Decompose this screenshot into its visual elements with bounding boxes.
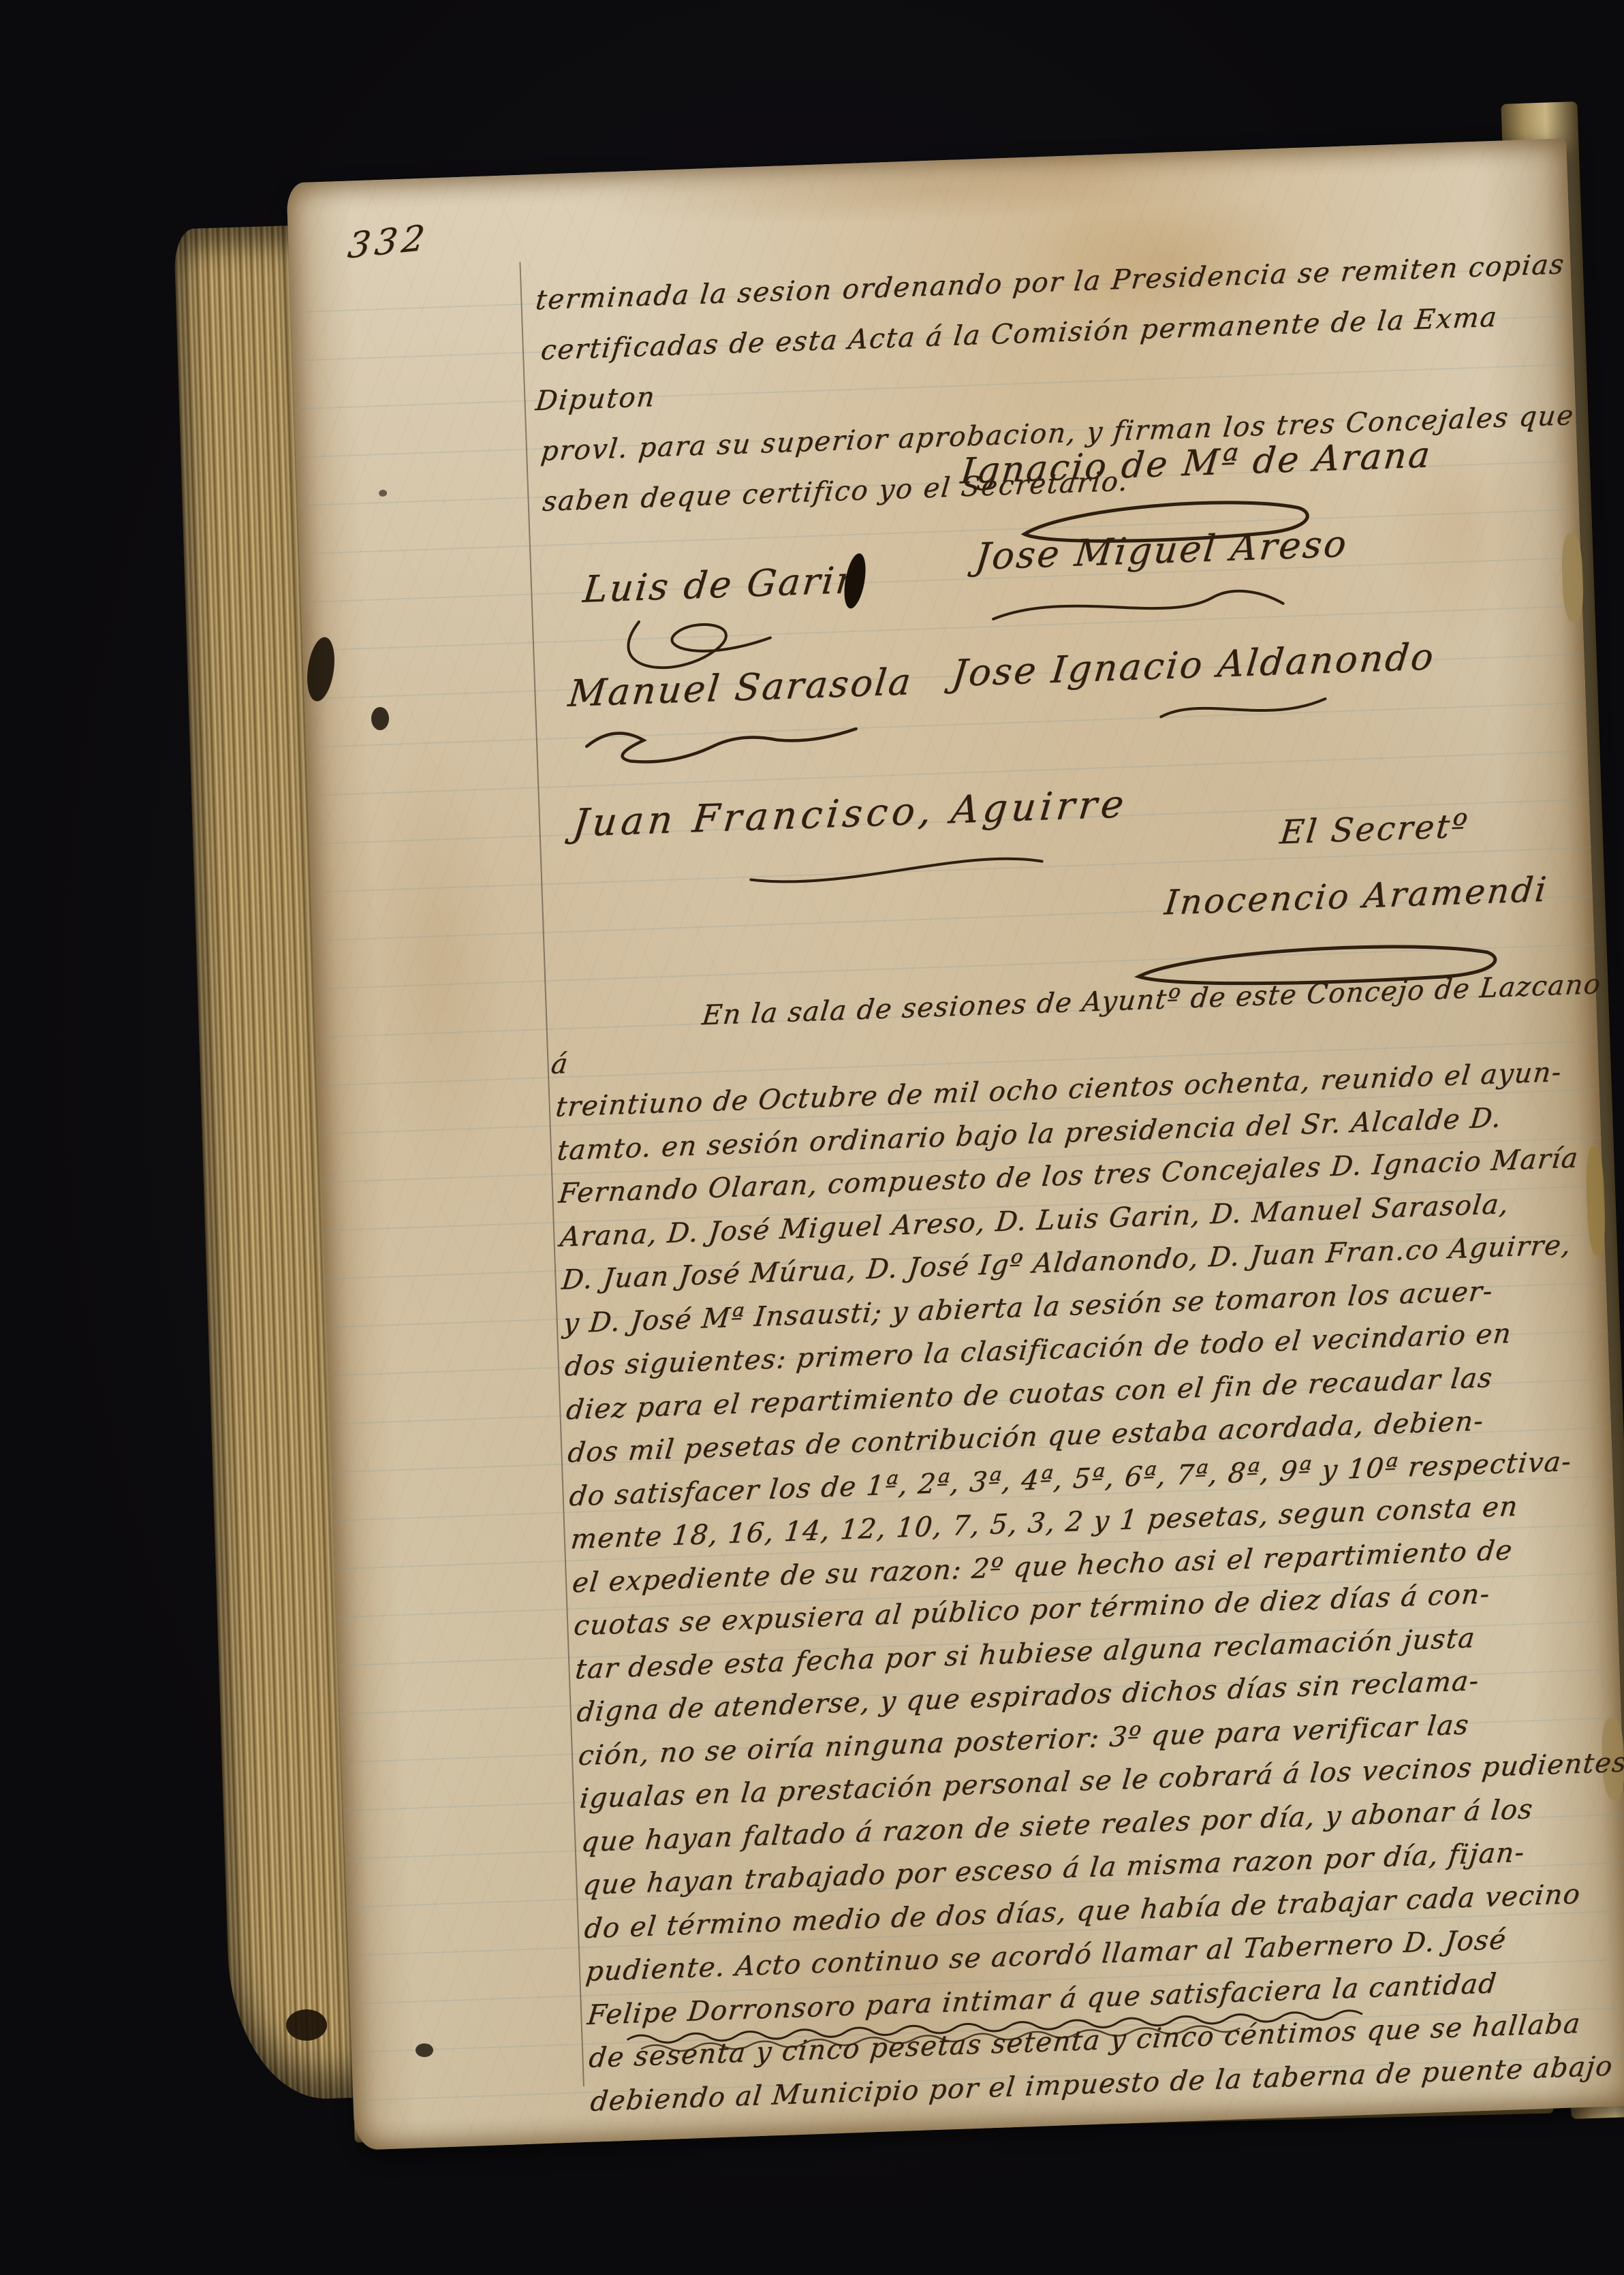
signature-flourish <box>1155 687 1333 734</box>
ink-blot <box>286 2009 327 2041</box>
minutes-paragraph: En la sala de sesiones de Ayuntº de este… <box>552 962 1624 2123</box>
ink-blot <box>416 2043 433 2057</box>
folio-number: 332 <box>345 217 431 266</box>
secretary-title: El Secretº <box>1278 807 1471 852</box>
manuscript-page: 332 terminada la sesion ordenando por la… <box>286 138 1624 2150</box>
signature-aldanondo: Jose Ignacio Aldanondo <box>950 635 1437 695</box>
paper-stain <box>484 138 1371 244</box>
signature-sarasola: Manuel Sarasola <box>566 660 915 715</box>
signature-garin: Luis de Garin <box>581 558 864 611</box>
scan-background: 332 terminada la sesion ordenando por la… <box>0 0 1624 2275</box>
signature-aramendi: Inocencio Aramendi <box>1163 870 1550 923</box>
signature-flourish <box>576 710 878 775</box>
signature-flourish <box>985 576 1293 635</box>
signature-areso: Jose Miguel Areso <box>973 522 1351 578</box>
ink-blot <box>379 490 387 497</box>
paper-stain <box>341 652 539 1271</box>
signature-aguirre: Juan Francisco, Aguirre <box>571 782 1130 846</box>
ink-blot <box>371 707 389 730</box>
signature-flourish <box>743 841 1051 889</box>
